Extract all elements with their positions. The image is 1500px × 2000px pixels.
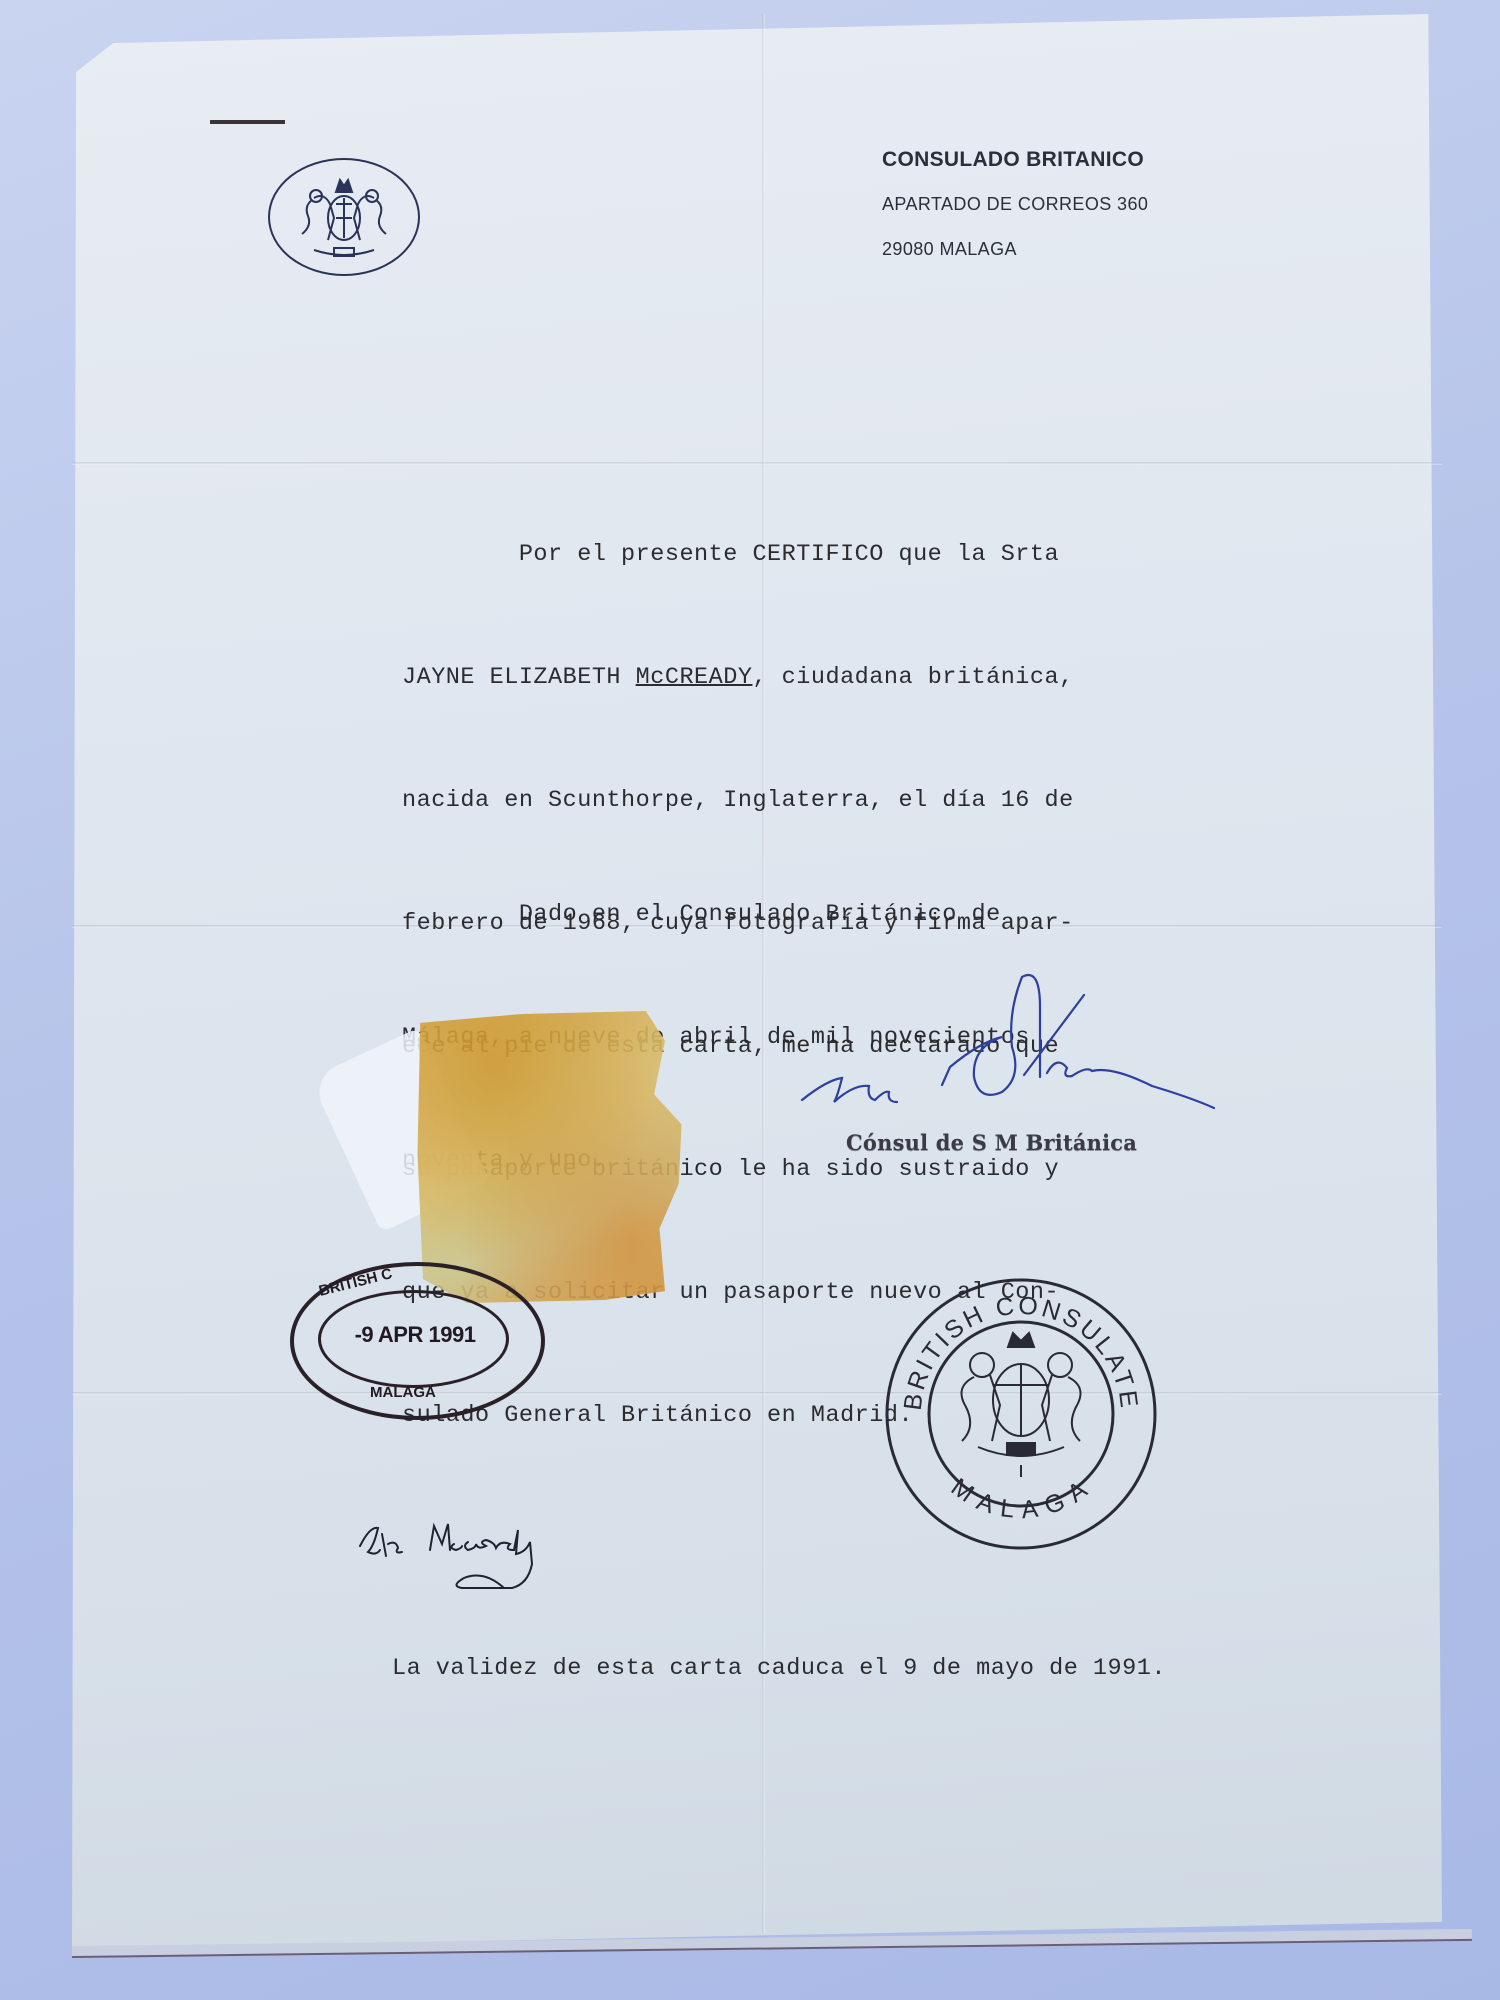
stamp-date: -9 APR 1991: [335, 1322, 495, 1348]
consul-title: Cónsul de S M Británica: [846, 1130, 1137, 1155]
margin-dash: [210, 120, 285, 124]
royal-crest-icon: [284, 170, 404, 265]
stamp-bottom-text: MALAGA: [370, 1384, 436, 1401]
holder-signature: [352, 1498, 592, 1613]
royal-crest-icon: [962, 1333, 1081, 1477]
photo-stain: [412, 1005, 687, 1303]
letterhead: CONSULADO BRITANICO APARTADO DE CORREOS …: [882, 148, 1148, 284]
typed-line: JAYNE ELIZABETH McCREADY, ciudadana brit…: [402, 657, 1074, 698]
validity-note: La validez de esta carta caduca el 9 de …: [392, 1648, 1166, 1689]
typed-line: Por el presente CERTIFICO que la Srta: [402, 534, 1074, 575]
address-line-2: 29080 MALAGA: [882, 239, 1148, 260]
date-stamp: BRITISH C -9 APR 1991 MALAGA: [290, 1262, 545, 1420]
typed-line: Dado en el Consulado Británico de: [402, 894, 1030, 935]
seal-bottom-text: MALAGA: [946, 1473, 1096, 1525]
organization-name: CONSULADO BRITANICO: [882, 148, 1148, 172]
svg-text:MALAGA: MALAGA: [946, 1473, 1096, 1525]
consul-signature: [792, 965, 1232, 1135]
consulate-seal: BRITISH CONSULATE MALAGA: [882, 1275, 1160, 1553]
address-line-1: APARTADO DE CORREOS 360: [882, 194, 1148, 215]
subject-surname: McCREADY: [636, 664, 753, 691]
crest-oval: [268, 158, 420, 276]
